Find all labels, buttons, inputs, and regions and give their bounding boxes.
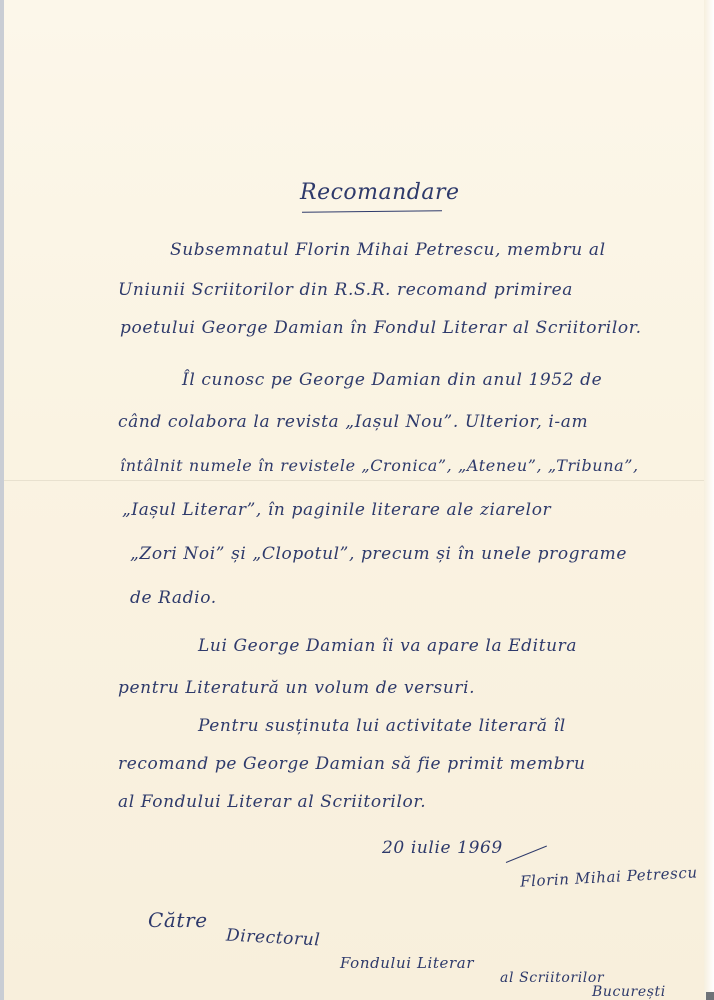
body-line: Pentru susținuta lui activitate literară… [198, 716, 566, 736]
body-line: Îl cunosc pe George Damian din anul 1952… [182, 370, 602, 390]
body-line: „Iașul Literar”, în paginile literare al… [122, 500, 551, 520]
addressee-line-2: Fondului Literar [340, 954, 474, 972]
body-line: „Zori Noi” și „Clopotul”, precum și în u… [130, 544, 627, 564]
body-line: pentru Literatură un volum de versuri. [118, 678, 475, 698]
scan-corner-mark [706, 992, 714, 1000]
document-title: Recomandare [300, 180, 460, 205]
body-line: al Fondului Literar al Scriitorilor. [118, 792, 426, 812]
body-line: întâlnit numele în revistele „Cronica”, … [120, 456, 639, 475]
body-line: poetului George Damian în Fondul Literar… [120, 318, 642, 338]
addressee-salutation: Către [148, 908, 208, 932]
scan-right-edge [704, 0, 714, 1000]
body-line: când colabora la revista „Iașul Nou”. Ul… [118, 412, 588, 432]
body-line: recomand pe George Damian să fie primit … [118, 754, 586, 774]
body-line: Uniunii Scriitorilor din R.S.R. recomand… [118, 280, 573, 300]
body-line: Subsemnatul Florin Mihai Petrescu, membr… [170, 240, 606, 260]
addressee-line-4: București [592, 984, 666, 1000]
document-date: 20 iulie 1969 [382, 838, 503, 858]
body-line: Lui George Damian îi va apare la Editura [198, 636, 577, 656]
addressee-line-3: al Scriitorilor [500, 970, 604, 986]
paper-fold-line [4, 480, 704, 481]
body-line: de Radio. [130, 588, 217, 608]
